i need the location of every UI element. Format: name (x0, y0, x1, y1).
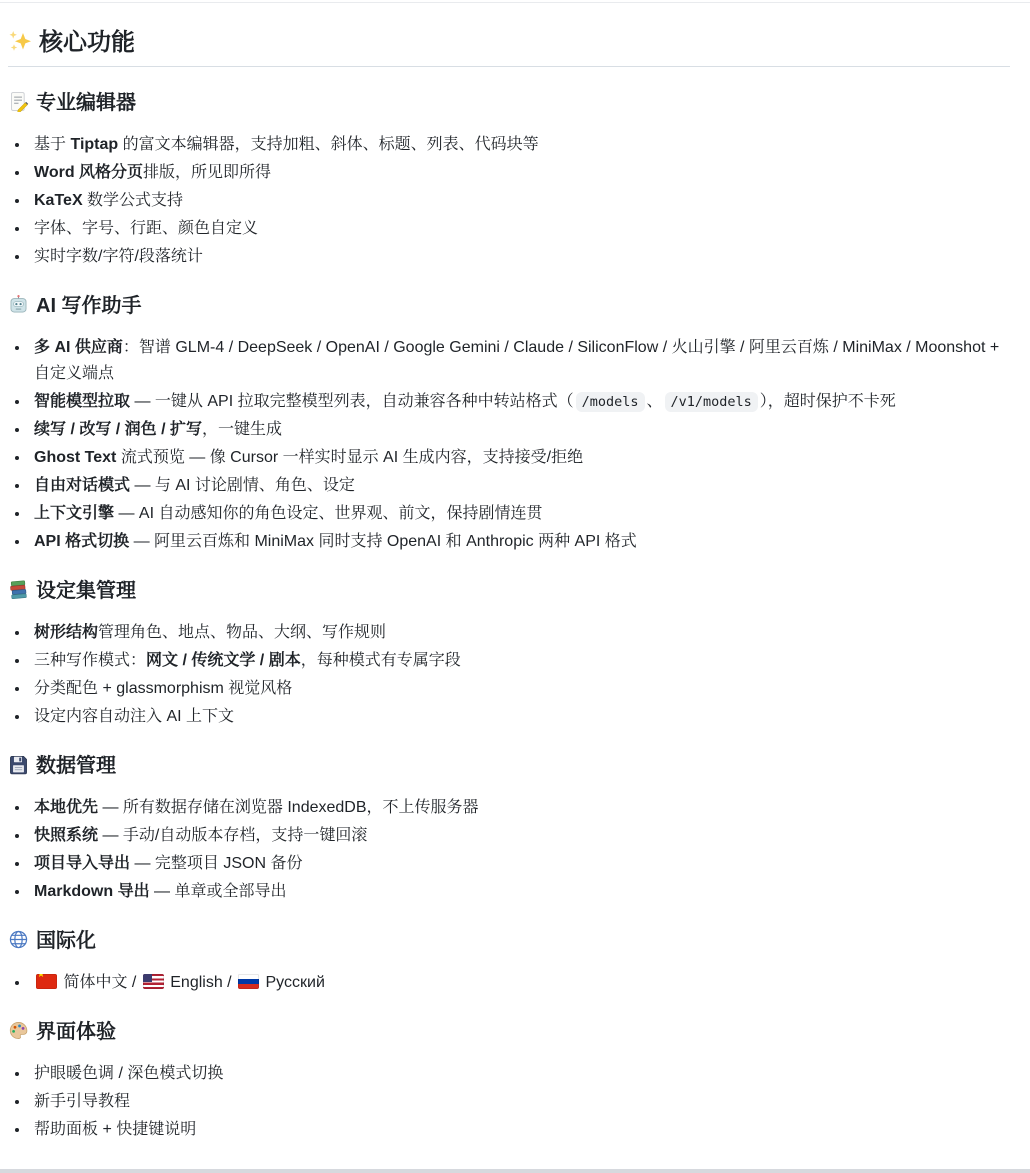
bold-text: 快照系统 (34, 827, 98, 844)
text-segment: 实时字数/字符/段落统计 (34, 248, 203, 265)
list-item: 智能模型拉取 — 一键从 API 拉取完整模型列表，自动兼容各种中转站格式（/m… (30, 389, 1010, 415)
text-segment: — 单章或全部导出 (150, 883, 287, 900)
text-segment: 新手引导教程 (34, 1093, 130, 1110)
text-segment: 、 (647, 393, 663, 410)
text-segment: — 所有数据存储在浏览器 IndexedDB，不上传服务器 (98, 799, 479, 816)
flag-us-icon (143, 974, 164, 989)
bold-text: API 格式切换 (34, 533, 129, 550)
section-heading-ui-experience: 界面体验 (8, 1020, 1010, 1045)
top-divider (0, 2, 1030, 3)
text-segment: 护眼暖色调 / 深色模式切换 (34, 1065, 223, 1082)
section-title-text: AI 写作助手 (36, 295, 142, 317)
list-item: 三种写作模式：网文 / 传统文学 / 剧本，每种模式有专属字段 (30, 648, 1010, 674)
list-item: KaTeX 数学公式支持 (30, 188, 1010, 214)
section-title-text: 设定集管理 (36, 580, 136, 602)
section-title-text: 专业编辑器 (36, 92, 136, 114)
page-title-text: 核心功能 (39, 29, 135, 56)
text-segment: ：智谱 GLM-4 / DeepSeek / OpenAI / Google G… (34, 339, 999, 382)
list-item: 实时字数/字符/段落统计 (30, 244, 1010, 270)
list-item: Word 风格分页排版，所见即所得 (30, 160, 1010, 186)
bold-text: 本地优先 (34, 799, 98, 816)
text-segment: 基于 (34, 136, 70, 153)
list-item: Ghost Text 流式预览 — 像 Cursor 一样实时显示 AI 生成内… (30, 445, 1010, 471)
feature-list-ui-experience: 护眼暖色调 / 深色模式切换新手引导教程帮助面板 + 快捷键说明 (8, 1061, 1010, 1143)
text-segment: — 与 AI 讨论剧情、角色、设定 (130, 477, 355, 494)
text-segment: 设定内容自动注入 AI 上下文 (34, 708, 234, 725)
text-segment: — 完整项目 JSON 备份 (130, 855, 302, 872)
list-item: 帮助面板 + 快捷键说明 (30, 1117, 1010, 1143)
palette-icon (8, 1020, 29, 1041)
list-item: API 格式切换 — 阿里云百炼和 MiniMax 同时支持 OpenAI 和 … (30, 529, 1010, 555)
bold-text: Ghost Text (34, 449, 116, 466)
section-heading-worldbook: 设定集管理 (8, 579, 1010, 604)
section-heading-ai-assistant: AI 写作助手 (8, 294, 1010, 319)
list-item: ★ 简体中文 / English / Русский (30, 970, 1010, 996)
inline-code: /models (576, 392, 645, 412)
books-icon (8, 579, 29, 600)
text-segment: Русский (261, 974, 325, 991)
text-segment: 流式预览 — 像 Cursor 一样实时显示 AI 生成内容，支持接受/拒绝 (116, 449, 583, 466)
bold-text: 多 AI 供应商 (34, 339, 123, 356)
bold-text: 网文 / 传统文学 / 剧本 (146, 652, 301, 669)
flag-cn-icon: ★ (36, 974, 57, 989)
list-item: 快照系统 — 手动/自动版本存档，支持一键回滚 (30, 823, 1010, 849)
bold-text: 自由对话模式 (34, 477, 130, 494)
text-segment: 的富文本编辑器，支持加粗、斜体、标题、列表、代码块等 (118, 136, 538, 153)
list-item: 树形结构管理角色、地点、物品、大纲、写作规则 (30, 620, 1010, 646)
list-item: 本地优先 — 所有数据存储在浏览器 IndexedDB，不上传服务器 (30, 795, 1010, 821)
sparkles-icon (8, 29, 32, 53)
text-segment: — 一键从 API 拉取完整模型列表，自动兼容各种中转站格式（ (130, 393, 574, 410)
text-segment: English / (166, 974, 236, 991)
text-segment: 排版，所见即所得 (143, 164, 271, 181)
feature-list-editor: 基于 Tiptap 的富文本编辑器，支持加粗、斜体、标题、列表、代码块等Word… (8, 132, 1010, 270)
list-item: 字体、字号、行距、颜色自定义 (30, 216, 1010, 242)
list-item: 多 AI 供应商：智谱 GLM-4 / DeepSeek / OpenAI / … (30, 335, 1010, 387)
text-segment: 分类配色 + glassmorphism 视觉风格 (34, 680, 292, 697)
feature-list-ai-assistant: 多 AI 供应商：智谱 GLM-4 / DeepSeek / OpenAI / … (8, 335, 1010, 555)
feature-list-data-management: 本地优先 — 所有数据存储在浏览器 IndexedDB，不上传服务器快照系统 —… (8, 795, 1010, 905)
section-heading-i18n: 国际化 (8, 929, 1010, 954)
text-segment: 简体中文 / (59, 974, 141, 991)
bold-text: KaTeX (34, 192, 83, 209)
list-item: 分类配色 + glassmorphism 视觉风格 (30, 676, 1010, 702)
feature-list-worldbook: 树形结构管理角色、地点、物品、大纲、写作规则三种写作模式：网文 / 传统文学 /… (8, 620, 1010, 730)
text-segment: ，每种模式有专属字段 (301, 652, 461, 669)
list-item: 自由对话模式 — 与 AI 讨论剧情、角色、设定 (30, 473, 1010, 499)
list-item: 续写 / 改写 / 润色 / 扩写，一键生成 (30, 417, 1010, 443)
section-title-text: 界面体验 (36, 1021, 116, 1043)
bold-text: Tiptap (70, 136, 118, 153)
section-title-text: 国际化 (36, 930, 96, 952)
bold-text: 上下文引擎 (34, 505, 114, 522)
list-item: 护眼暖色调 / 深色模式切换 (30, 1061, 1010, 1087)
globe-icon (8, 929, 29, 950)
readme-document: 核心功能 专业编辑器基于 Tiptap 的富文本编辑器，支持加粗、斜体、标题、列… (0, 0, 1030, 1173)
flag-ru-icon (238, 974, 259, 989)
text-segment: 管理角色、地点、物品、大纲、写作规则 (98, 624, 386, 641)
memo-icon (8, 91, 29, 112)
section-heading-editor: 专业编辑器 (8, 91, 1010, 116)
text-segment: — AI 自动感知你的角色设定、世界观、前文，保持剧情连贯 (114, 505, 542, 522)
list-item: 设定内容自动注入 AI 上下文 (30, 704, 1010, 730)
section-title-text: 数据管理 (36, 755, 116, 777)
bottom-divider (0, 1169, 1030, 1173)
page-title: 核心功能 (8, 28, 1010, 67)
bold-text: Markdown 导出 (34, 883, 150, 900)
list-item: 项目导入导出 — 完整项目 JSON 备份 (30, 851, 1010, 877)
text-segment: — 手动/自动版本存档，支持一键回滚 (98, 827, 367, 844)
sections-container: 专业编辑器基于 Tiptap 的富文本编辑器，支持加粗、斜体、标题、列表、代码块… (8, 91, 1010, 1143)
floppy-icon (8, 754, 29, 775)
bold-text: 续写 / 改写 / 润色 / 扩写 (34, 421, 202, 438)
list-item: 上下文引擎 — AI 自动感知你的角色设定、世界观、前文，保持剧情连贯 (30, 501, 1010, 527)
text-segment: — 阿里云百炼和 MiniMax 同时支持 OpenAI 和 Anthropic… (129, 533, 637, 550)
bold-text: 项目导入导出 (34, 855, 130, 872)
list-item: Markdown 导出 — 单章或全部导出 (30, 879, 1010, 905)
text-segment: ，一键生成 (202, 421, 282, 438)
text-segment: 数学公式支持 (83, 192, 183, 209)
text-segment: 字体、字号、行距、颜色自定义 (34, 220, 258, 237)
text-segment: 三种写作模式： (34, 652, 146, 669)
feature-list-i18n: ★ 简体中文 / English / Русский (8, 970, 1010, 996)
section-heading-data-management: 数据管理 (8, 754, 1010, 779)
list-item: 基于 Tiptap 的富文本编辑器，支持加粗、斜体、标题、列表、代码块等 (30, 132, 1010, 158)
bold-text: Word 风格分页 (34, 164, 143, 181)
inline-code: /v1/models (665, 392, 758, 412)
bold-text: 智能模型拉取 (34, 393, 130, 410)
text-segment: ），超时保护不卡死 (760, 393, 896, 410)
bold-text: 树形结构 (34, 624, 98, 641)
robot-icon (8, 294, 29, 315)
list-item: 新手引导教程 (30, 1089, 1010, 1115)
text-segment: 帮助面板 + 快捷键说明 (34, 1121, 196, 1138)
